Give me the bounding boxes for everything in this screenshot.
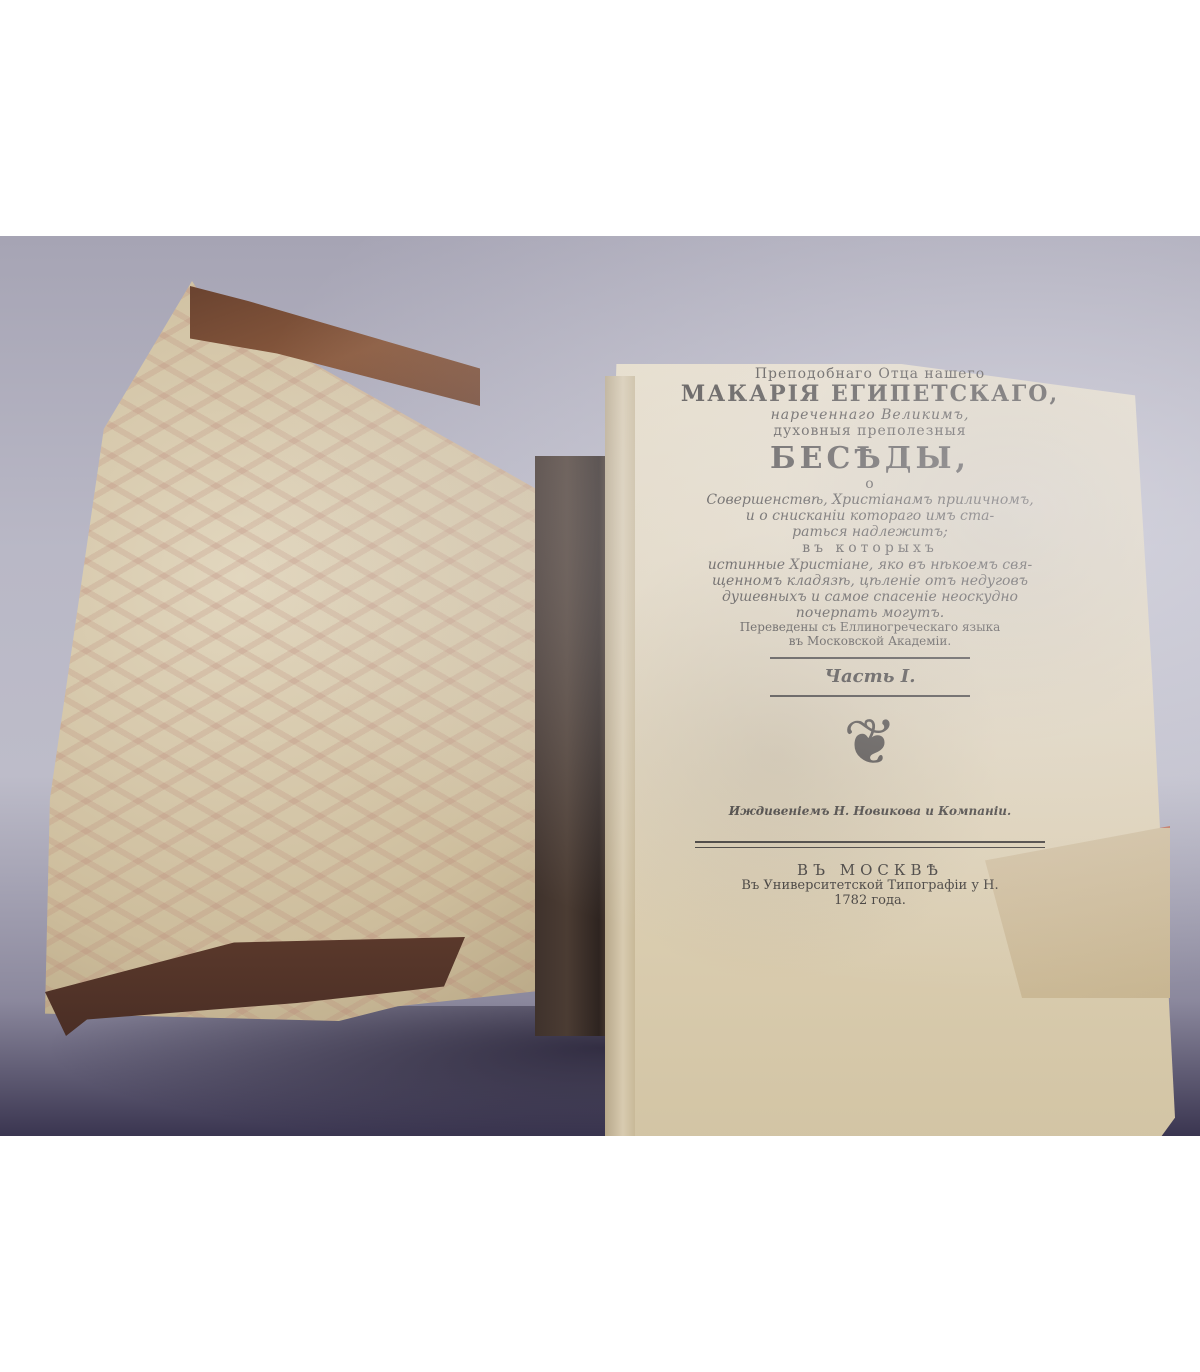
translation-note: Переведены съ Еллиногреческаго языка: [640, 621, 1100, 635]
subtitle-line: и о снисканіи котораго имъ ста-: [640, 508, 1100, 524]
book-photo: Преподобнаго Отца нашего МАКАРІЯ ЕГИПЕТС…: [0, 236, 1200, 1136]
publisher: Иждивеніемъ Н. Новикова и Компаніи.: [640, 805, 1100, 819]
title-line: нареченнаго Великимъ,: [640, 407, 1100, 423]
divider-rule: [770, 695, 970, 697]
title-line: Преподобнаго Отца нашего: [640, 366, 1100, 382]
subtitle-line: въ которыхъ: [640, 540, 1100, 556]
title-line: духовныя преполезныя: [640, 423, 1100, 439]
book-spine: [535, 456, 615, 1036]
imprint-year: 1782 года.: [640, 894, 1100, 909]
translation-note: въ Московской Академіи.: [640, 635, 1100, 649]
floral-ornament-icon: ❦: [640, 711, 1100, 775]
title-line: о: [640, 476, 1100, 492]
title-page-text: Преподобнаго Отца нашего МАКАРІЯ ЕГИПЕТС…: [640, 366, 1100, 909]
author-name: МАКАРІЯ ЕГИПЕТСКАГО,: [640, 382, 1100, 407]
book-title: БЕСѢДЫ,: [640, 442, 1100, 477]
subtitle-line: щенномъ кладязѣ, цѣленіе отъ недуговъ: [640, 573, 1100, 589]
page-edges: [605, 376, 635, 1136]
subtitle-line: душевныхъ и самое спасеніе неоскудно: [640, 589, 1100, 605]
ornamental-rule: [695, 841, 1045, 848]
subtitle-line: раться надлежитъ;: [640, 524, 1100, 540]
divider-rule: [770, 657, 970, 659]
subtitle-line: истинные Христіане, яко въ нѣкоемъ свя-: [640, 557, 1100, 573]
subtitle-line: Совершенствѣ, Христіанамъ приличномъ,: [640, 492, 1100, 508]
imprint-press: Въ Университетской Типографіи у Н.: [640, 879, 1100, 894]
volume-part: Часть I.: [640, 667, 1100, 688]
imprint-city: ВЪ МОСКВѢ: [640, 862, 1100, 879]
subtitle-line: почерпать могутъ.: [640, 605, 1100, 621]
